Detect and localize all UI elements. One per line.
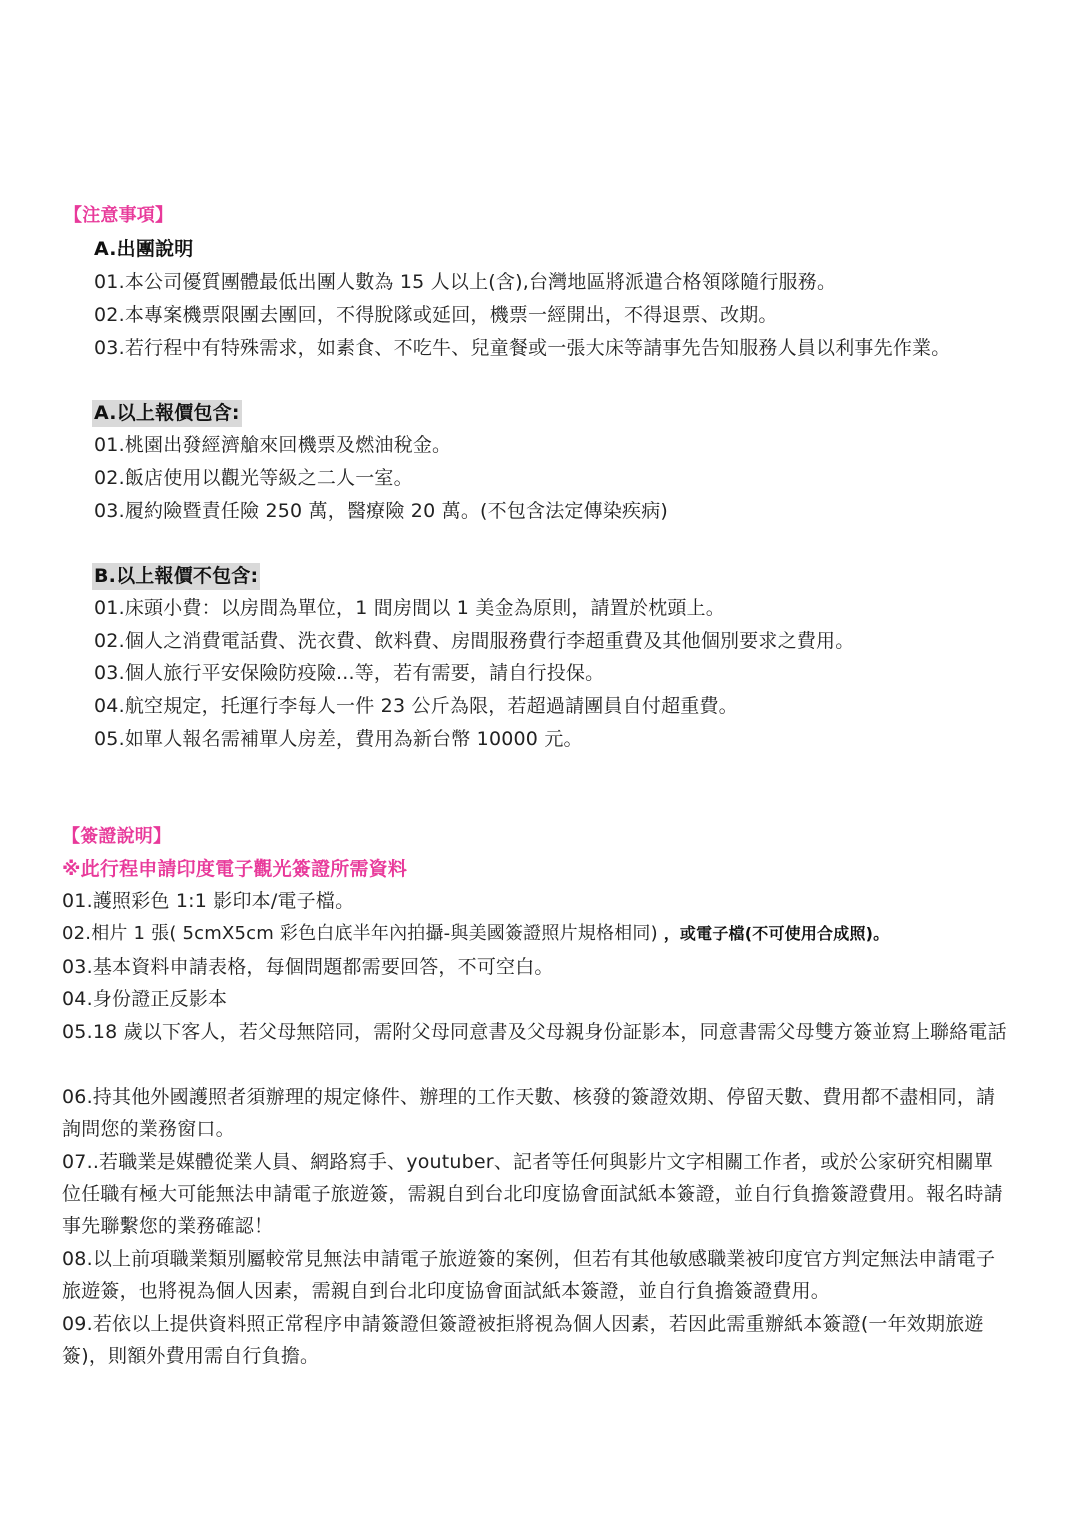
visa-item-02-text: 02.相片 1 張( 5cmX5cm 彩色白底半年內拍攝-與美國簽證照片規格相同… bbox=[62, 923, 664, 944]
visa-item-01: 01.護照彩色 1:1 影印本/電子檔。 bbox=[62, 889, 354, 913]
visa-item-09: 09.若依以上提供資料照正常程序申請簽證但簽證被拒將視為個人因素，若因此需重辦紙… bbox=[62, 1308, 1012, 1372]
visa-item-08: 08.以上前項職業類別屬較常見無法申請電子旅遊簽的案例，但若有其他敏感職業被印度… bbox=[62, 1243, 1012, 1307]
visa-item-07: 07..若職業是媒體從業人員、網路寫手、youtuber、記者等任何與影片文字相… bbox=[62, 1146, 1012, 1242]
visa-item-05: 05.18 歲以下客人，若父母無陪同，需附父母同意書及父母親身份証影本，同意書需… bbox=[62, 1016, 1012, 1048]
visa-item-02-bold-note: ，或電子檔(不可使用合成照)。 bbox=[664, 924, 890, 943]
visa-item-02: 02.相片 1 張( 5cmX5cm 彩色白底半年內拍攝-與美國簽證照片規格相同… bbox=[62, 922, 889, 946]
excluded-item-05: 05.如單人報名需補單人房差，費用為新台幣 10000 元。 bbox=[94, 727, 583, 751]
included-item-01: 01.桃園出發經濟艙來回機票及燃油稅金。 bbox=[94, 433, 451, 457]
included-item-03: 03.履約險暨責任險 250 萬，醫療險 20 萬。(不包含法定傳染疾病) bbox=[94, 499, 668, 523]
departure-heading: A.出團說明 bbox=[94, 237, 193, 261]
excluded-item-02: 02.個人之消費電話費、洗衣費、飲料費、房間服務費行李超重費及其他個別要求之費用… bbox=[94, 629, 854, 653]
excluded-heading-highlight: B.以上報價不包含: bbox=[92, 563, 260, 590]
visa-subtitle: ※此行程申請印度電子觀光簽證所需資料 bbox=[62, 857, 407, 881]
visa-section-title: 【簽證說明】 bbox=[62, 825, 171, 849]
departure-item-02: 02.本專案機票限團去團回，不得脫隊或延回，機票一經開出，不得退票、改期。 bbox=[94, 303, 778, 327]
notice-section-title: 【注意事項】 bbox=[64, 204, 173, 228]
departure-item-01: 01.本公司優質團體最低出團人數為 15 人以上(含),台灣地區將派遣合格領隊隨… bbox=[94, 270, 836, 294]
included-heading: A.以上報價包含: bbox=[94, 401, 242, 425]
excluded-heading: B.以上報價不包含: bbox=[94, 564, 260, 588]
excluded-item-04: 04.航空規定，托運行李每人一件 23 公斤為限，若超過請團員自付超重費。 bbox=[94, 694, 738, 718]
visa-item-04: 04.身份證正反影本 bbox=[62, 987, 227, 1011]
visa-item-03: 03.基本資料申請表格，每個問題都需要回答，不可空白。 bbox=[62, 955, 554, 979]
departure-item-03: 03.若行程中有特殊需求，如素食、不吃牛、兒童餐或一張大床等請事先告知服務人員以… bbox=[94, 336, 950, 360]
included-item-02: 02.飯店使用以觀光等級之二人一室。 bbox=[94, 466, 413, 490]
excluded-item-01: 01.床頭小費：以房間為單位，1 間房間以 1 美金為原則，請置於枕頭上。 bbox=[94, 596, 725, 620]
included-heading-highlight: A.以上報價包含: bbox=[92, 400, 242, 427]
excluded-item-03: 03.個人旅行平安保險防疫險...等，若有需要，請自行投保。 bbox=[94, 661, 604, 685]
visa-item-06: 06.持其他外國護照者須辦理的規定條件、辦理的工作天數、核發的簽證效期、停留天數… bbox=[62, 1081, 1012, 1145]
